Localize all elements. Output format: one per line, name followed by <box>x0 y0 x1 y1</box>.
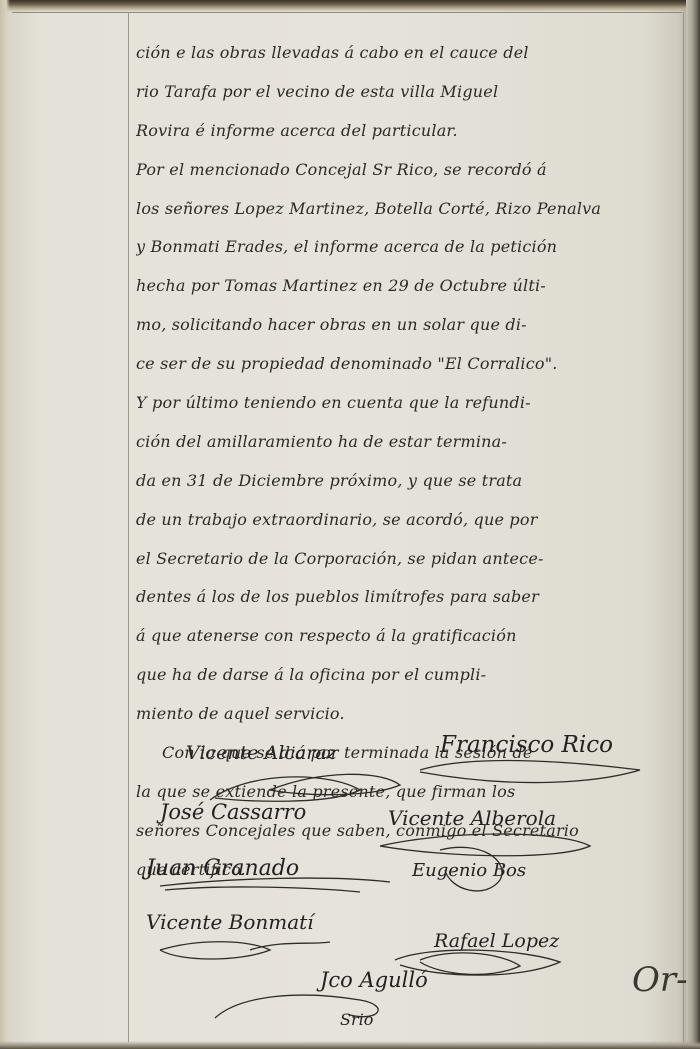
catchword: Or- <box>632 960 688 1000</box>
manuscript-page: ción e las obras llevadas á cabo en el c… <box>0 0 700 1049</box>
signature-flourishes <box>0 0 700 1049</box>
